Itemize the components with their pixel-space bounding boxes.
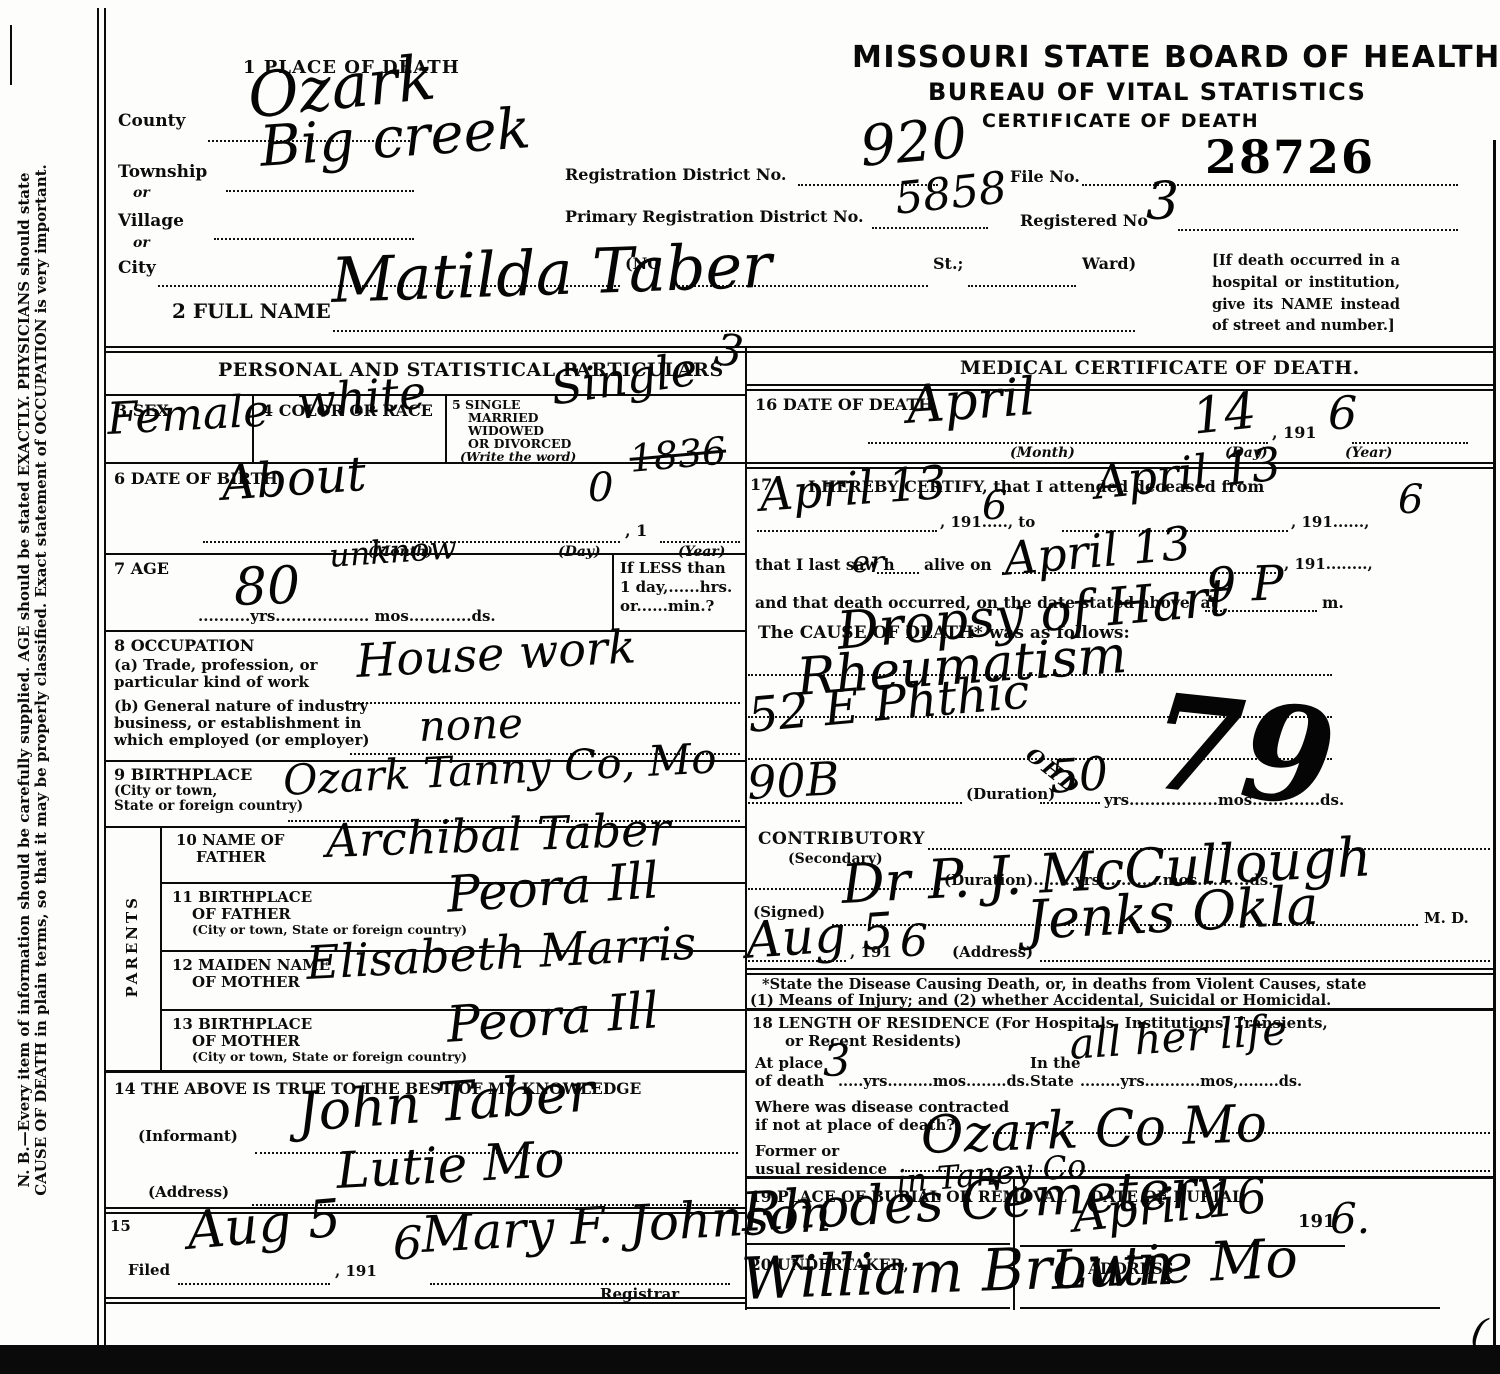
certify-year-2: , 191......, xyxy=(1291,514,1369,531)
dob-line-2 xyxy=(660,541,740,543)
file-no-label: File No. xyxy=(1010,168,1080,186)
registered-no-value: 3 xyxy=(1146,176,1179,228)
residence-label-2: or Recent Residents) xyxy=(785,1033,961,1050)
st-line xyxy=(968,285,1076,287)
county-label: County xyxy=(118,112,185,131)
filed-label: Filed xyxy=(128,1262,170,1279)
mother-bp-label-1: 13 BIRTHPLACE xyxy=(172,1016,312,1033)
bureau-title: BUREAU OF VITAL STATISTICS xyxy=(928,78,1366,106)
city-label: City xyxy=(118,259,156,278)
undertaker-address-value: Lutie Mo xyxy=(1050,1231,1299,1298)
file-no-line xyxy=(1082,184,1458,186)
full-name-value: Matilda Taber xyxy=(330,235,773,312)
ward-label: Ward) xyxy=(1082,255,1136,273)
left-border-outer xyxy=(97,8,99,1345)
filed-line-2 xyxy=(430,1283,730,1285)
parents-divider xyxy=(160,826,162,1070)
informant-value: John Taber xyxy=(295,1065,595,1140)
violent-note-1: *State the Disease Causing Death, or, in… xyxy=(762,977,1366,993)
former-value: Ozark Co Mo xyxy=(920,1098,1268,1162)
signed-year: , 191 xyxy=(850,944,892,961)
dob-day-value: 0 xyxy=(588,468,613,508)
filed-date-value: Aug 5 xyxy=(185,1193,343,1258)
dod-year-digit: 6 xyxy=(1328,390,1357,436)
father-bp-label-2: OF FATHER xyxy=(192,906,291,923)
saw-mid: alive on xyxy=(924,556,992,573)
reg-district-label: Registration District No. xyxy=(565,166,786,184)
file-no-value: 28726 xyxy=(1205,130,1375,184)
scan-edge-mark xyxy=(10,25,12,85)
signed-address-line xyxy=(1040,960,1490,962)
dod-day-value: 14 xyxy=(1190,385,1259,441)
undertaker-underline xyxy=(745,1307,1010,1309)
margin-note: N. B.—Every item of information should b… xyxy=(16,10,60,1350)
sex-value: Female xyxy=(106,390,270,442)
primary-district-line xyxy=(872,227,988,229)
dob-year-prefix: , 1 xyxy=(625,522,647,540)
mother-name-label-2: OF MOTHER xyxy=(192,974,300,991)
mother-bp-label-2: OF MOTHER xyxy=(192,1033,300,1050)
father-name-label-2: FATHER xyxy=(196,849,266,866)
age-value: 80 xyxy=(233,560,301,614)
reg-district-value: 920 xyxy=(858,111,969,176)
cause-value-3: 52 E Phthic xyxy=(746,667,1031,739)
medical-title-rule-2 xyxy=(745,389,1496,391)
at-place-units: .....yrs.........mos........ds. xyxy=(838,1074,1030,1090)
age-units: ..........yrs.................. mos.....… xyxy=(198,608,496,625)
age-unknown-note: unknow xyxy=(328,531,458,572)
signed-rule-1 xyxy=(745,968,1496,970)
father-name-label-1: 10 NAME OF xyxy=(176,832,284,849)
parents-label: PARENTS xyxy=(124,886,141,1006)
note-rule xyxy=(745,1008,1496,1011)
column-divider xyxy=(745,346,747,1310)
death-certificate-scan: N. B.—Every item of information should b… xyxy=(0,0,1500,1374)
dod-month-label: (Month) xyxy=(1010,446,1075,461)
township-line xyxy=(226,190,414,192)
signed-date-line xyxy=(748,960,846,962)
duration-label: (Duration) xyxy=(966,786,1055,803)
or-label-1: or xyxy=(133,186,150,201)
at-place-label-2: of death xyxy=(755,1073,824,1090)
left-bottom-rule-1 xyxy=(104,1297,745,1299)
margin-note-line1: N. B.—Every item of information should b… xyxy=(16,10,33,1350)
duration-value: 50 xyxy=(1048,750,1110,800)
father-bp-label-1: 11 BIRTHPLACE xyxy=(172,889,312,906)
in-state-label-2: State xyxy=(1030,1073,1074,1090)
registered-no-label: Registered No xyxy=(1020,212,1148,230)
burial-year-digit: 6. xyxy=(1330,1198,1370,1240)
certify-from-digit: 6 xyxy=(982,486,1007,526)
filed-year-prefix: , 191 xyxy=(335,1263,377,1280)
less-than-3: or......min.? xyxy=(620,598,714,615)
certificate-title: CERTIFICATE OF DEATH xyxy=(982,110,1259,132)
race-value: white xyxy=(295,369,428,426)
mother-bp-value: Peora Ill xyxy=(445,985,660,1050)
section-divider-top-1 xyxy=(104,346,1496,348)
certify-from-value: April 13 xyxy=(758,459,948,518)
occupation-a-value: House work xyxy=(355,623,637,684)
occupation-b-1: (b) General nature of industry xyxy=(114,698,368,715)
occupation-a-1: (a) Trade, profession, or xyxy=(114,657,318,674)
board-title: MISSOURI STATE BOARD OF HEALTH xyxy=(852,40,1500,75)
full-name-label: 2 FULL NAME xyxy=(172,300,331,322)
saw-line-1 xyxy=(877,572,919,574)
left-border-inner xyxy=(104,8,106,1345)
father-bp-value: Peora Ill xyxy=(445,855,660,920)
medical-title-rule-1 xyxy=(745,384,1496,386)
dod-month-value: April xyxy=(905,371,1037,432)
saw-year: , 191........, xyxy=(1284,556,1373,573)
township-value: Big creek xyxy=(258,101,532,176)
former-label-1: Former or xyxy=(755,1143,839,1160)
filed-no: 15 xyxy=(110,1218,131,1235)
contributory-label: CONTRIBUTORY xyxy=(758,830,925,849)
duration-line-lead xyxy=(748,802,962,804)
signed-rule-2 xyxy=(745,973,1496,975)
occupation-a-2: particular kind of work xyxy=(114,674,309,691)
occupation-b-2: business, or establishment in xyxy=(114,715,361,732)
village-line xyxy=(214,238,414,240)
margin-note-line2: CAUSE OF DEATH in plain terms, so that i… xyxy=(33,10,50,1350)
certify-from-line xyxy=(757,530,937,532)
village-label: Village xyxy=(118,212,184,231)
occupation-a-line xyxy=(345,702,740,704)
occupation-b-value: none xyxy=(418,702,524,748)
or-label-2: or xyxy=(133,236,150,251)
dod-line-2 xyxy=(1352,442,1468,444)
occurred-m: m. xyxy=(1322,594,1344,611)
race-marital-divider xyxy=(445,394,447,462)
cause-value-4: 90B xyxy=(746,755,841,806)
less-than-2: 1 day,......hrs. xyxy=(620,579,732,596)
violent-note-2: (1) Means of Injury; and (2) whether Acc… xyxy=(750,993,1331,1009)
informant-label: (Informant) xyxy=(138,1128,238,1145)
informant-address-value: Lutie Mo xyxy=(335,1134,566,1196)
signed-year-digit: 6 xyxy=(900,920,928,964)
big-number-mark: 79 xyxy=(1144,676,1340,826)
signed-address-value: Jenks Okla xyxy=(1025,879,1320,948)
birthplace-sub-2: State or foreign country) xyxy=(114,799,303,814)
dod-year-label: (Year) xyxy=(1345,446,1392,461)
in-state-value: all her life xyxy=(1068,1009,1288,1066)
primary-district-label: Primary Registration District No. xyxy=(565,208,864,226)
dod-year-prefix: , 191 xyxy=(1272,424,1317,442)
undertaker-address-underline xyxy=(1020,1307,1440,1309)
in-state-units: ........yrs...........mos,........ds. xyxy=(1080,1074,1302,1090)
birthplace-label: 9 BIRTHPLACE xyxy=(114,766,252,784)
st-label: St.; xyxy=(933,255,963,273)
marital-value: Single xyxy=(548,346,700,412)
less-than-1: If LESS than xyxy=(620,560,726,577)
hospital-note: [If death occurred in a hospital or inst… xyxy=(1212,250,1400,337)
birthplace-sub-1: (City or town, xyxy=(114,784,217,799)
informant-address-label: (Address) xyxy=(148,1184,229,1201)
md-label: M. D. xyxy=(1424,910,1469,927)
left-bottom-rule-2 xyxy=(104,1302,745,1304)
occupation-label: 8 OCCUPATION xyxy=(114,637,254,655)
right-border xyxy=(1493,140,1496,1345)
mother-bp-label-3: (City or town, State or foreign country) xyxy=(192,1050,467,1064)
filed-year-digit: 6 xyxy=(393,1220,422,1266)
township-label: Township xyxy=(118,163,207,182)
age-label: 7 AGE xyxy=(114,560,169,578)
occupation-b-3: which employed (or employer) xyxy=(114,732,369,749)
certify-to-digit: 6 xyxy=(1398,480,1423,520)
primary-district-value: 5858 xyxy=(893,166,1009,221)
dob-year-value: 1836 xyxy=(628,432,728,478)
dob-value: About xyxy=(220,450,367,508)
signed-address-label: (Address) xyxy=(952,944,1033,961)
section-divider-top-2 xyxy=(104,351,1496,353)
at-place-label-1: At place xyxy=(755,1055,823,1072)
registered-no-line xyxy=(1178,229,1458,231)
less-than-divider xyxy=(612,553,614,630)
bottom-scan-bar xyxy=(0,1345,1500,1374)
registrar-label: Registrar xyxy=(600,1286,679,1303)
filed-line-1 xyxy=(178,1283,330,1285)
